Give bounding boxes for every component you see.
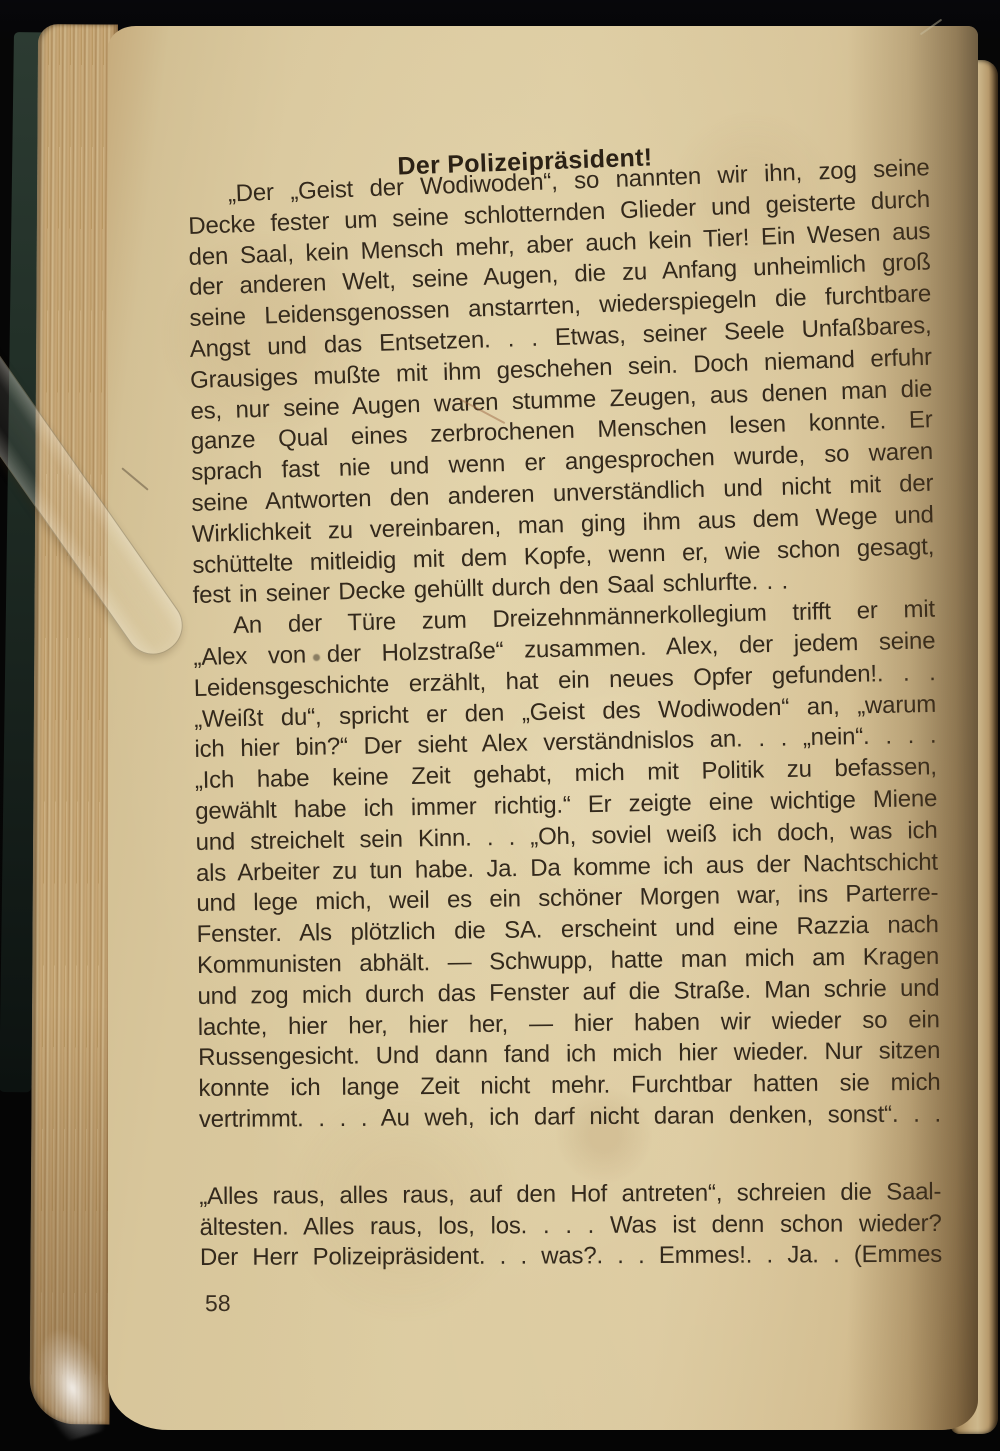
text-line: konnte ich lange Zeit nicht mehr. Furcht… [198, 1068, 940, 1105]
book-page: Der Polizeipräsident! „Der „Geist der Wo… [108, 26, 978, 1430]
ink-fleck [313, 654, 320, 661]
text-line: ältesten. Alles raus, los, los. . . . Wa… [200, 1208, 942, 1243]
text-line: „Alles raus, alles raus, auf den Hof ant… [199, 1177, 941, 1213]
text-line: vertrimmt. . . . Au weh, ich darf nicht … [199, 1099, 941, 1135]
page-edge-stack [29, 24, 118, 1424]
text-line: Der Herr Polizeipräsident. . . was?. . .… [200, 1240, 942, 1274]
page-text: Der Polizeipräsident! „Der „Geist der Wo… [188, 147, 930, 1274]
paragraph: „Der „Geist der Wodiwoden“, so nannten w… [188, 181, 930, 612]
page-number: 58 [205, 1290, 231, 1317]
body-text: „Der „Geist der Wodiwoden“, so nannten w… [188, 181, 930, 1274]
paragraph: An der Türe zum Dreizehnmännerkollegium … [188, 612, 930, 1136]
book-photo: Der Polizeipräsident! „Der „Geist der Wo… [0, 0, 1000, 1451]
paragraph: „Alles raus, alles raus, auf den Hof ant… [188, 1182, 930, 1274]
